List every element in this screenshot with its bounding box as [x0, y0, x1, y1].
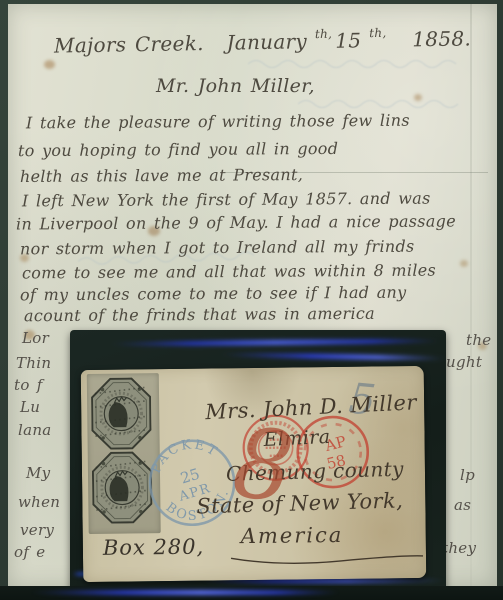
- address-line-country: America: [241, 523, 344, 548]
- stain: [414, 94, 422, 101]
- endorsement-box-number: Box 280,: [103, 535, 205, 560]
- address-line-name: Mrs. John D. Miller: [205, 390, 418, 424]
- blue-sheen-streak: [220, 352, 446, 361]
- letter-line-fragment: ught: [446, 353, 482, 371]
- crayon-rate-8: 8: [229, 415, 298, 517]
- letter-line-fragment: of e: [14, 543, 45, 561]
- letter-line: I take the pleasure of writing those few…: [26, 111, 410, 133]
- letter-line-fragment: lana: [18, 421, 52, 439]
- blue-sheen-streak: [110, 338, 440, 346]
- dateline-sup: th,: [369, 26, 387, 40]
- letter-line-fragment: My: [26, 464, 50, 482]
- ink-showthrough: [298, 96, 478, 112]
- dateline-day: 15: [335, 28, 361, 52]
- letter-line: in Liverpool on the 9 of May. I had a ni…: [16, 211, 456, 233]
- letter-line-fragment: as: [454, 496, 471, 514]
- postal-cover: PACKET BOSTON. 25 APR AP 58 5 8 Mrs. Joh…: [81, 366, 427, 582]
- address-line-state: State of New York,: [196, 488, 403, 518]
- stain: [44, 60, 55, 69]
- dateline-sup: th,: [315, 27, 333, 41]
- letter-line-fragment: lp: [460, 466, 475, 484]
- letter-line: I left New York the first of May 1857. a…: [22, 189, 431, 211]
- letter-line-fragment: very: [20, 521, 54, 539]
- dateline-place: Majors Creek.: [54, 31, 204, 58]
- blue-sheen-streak: [30, 590, 340, 595]
- letter-line-fragment: they: [442, 539, 476, 557]
- letter-line-fragment: Lor: [22, 329, 49, 347]
- letter-line-fragment: to f: [14, 376, 43, 394]
- dateline-month: January: [226, 29, 307, 54]
- letter-line: nor storm when I got to Ireland all my f…: [20, 237, 415, 259]
- letter-line-fragment: Thin: [16, 354, 51, 372]
- letter-line: of my uncles come to me to see if I had …: [20, 283, 407, 305]
- letter-line-fragment: the: [466, 331, 491, 349]
- queen-victoria-stamp: [91, 377, 152, 450]
- photo-bottom-border: [0, 586, 503, 600]
- letter-line-fragment: when: [18, 493, 60, 511]
- letter-line: acount of the frinds that was in america: [24, 304, 375, 325]
- letter-salutation: Mr. John Miller,: [156, 75, 315, 97]
- dateline-year: 1858.: [412, 26, 471, 51]
- ink-showthrough: [248, 56, 478, 72]
- letter-line-fragment: Lu: [20, 398, 40, 416]
- letter-dateline: Majors Creek. Januaryth,15th, 1858.: [54, 24, 471, 57]
- letter-line: to you hoping to find you all in good: [18, 139, 338, 160]
- underline-flourish: [229, 550, 425, 566]
- photograph-of-letter-and-cover: Majors Creek. Januaryth,15th, 1858. Mr. …: [0, 0, 503, 600]
- stain: [460, 260, 468, 267]
- letter-line: come to see me and all that was within 8…: [22, 261, 436, 283]
- letter-line: helth as this lave me at Presant,: [20, 165, 303, 186]
